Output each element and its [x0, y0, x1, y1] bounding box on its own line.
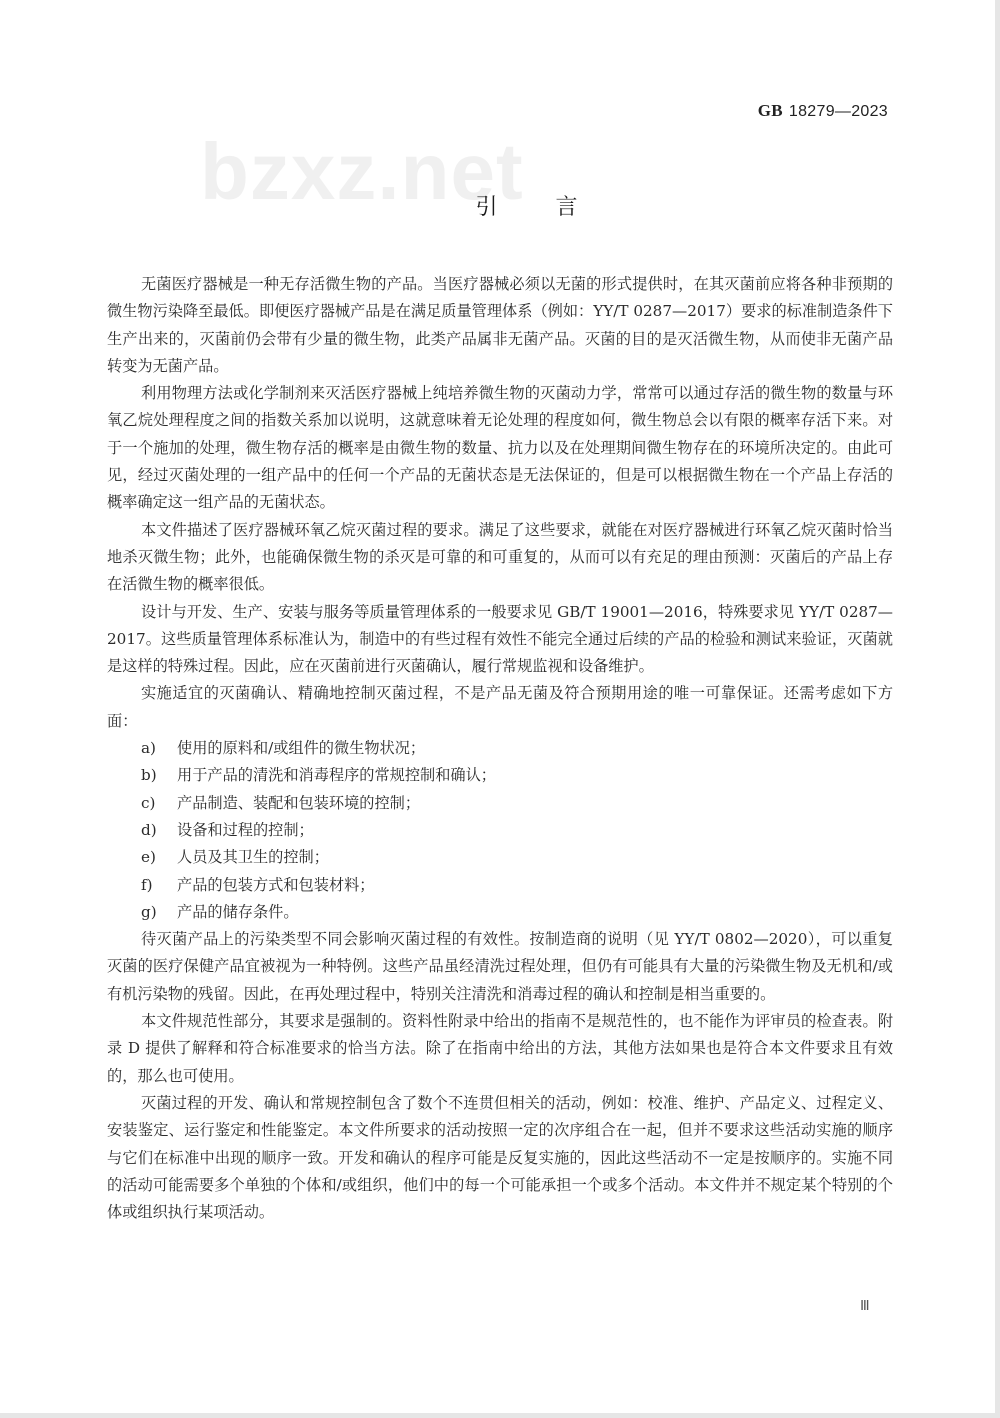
list-item: f)产品的包装方式和包装材料；	[107, 872, 893, 899]
list-marker: e)	[141, 844, 177, 871]
list-item: e)人员及其卫生的控制；	[107, 844, 893, 871]
list-item-text: 设备和过程的控制；	[177, 821, 314, 839]
considerations-list: a)使用的原料和/或组件的微生物状况； b)用于产品的清洗和消毒程序的常规控制和…	[107, 735, 893, 926]
list-marker: d)	[141, 817, 177, 844]
standard-number: 18279—2023	[789, 103, 888, 120]
list-marker: c)	[141, 790, 177, 817]
list-item-text: 产品的储存条件。	[177, 903, 299, 921]
paragraph: 本文件描述了医疗器械环氧乙烷灭菌过程的要求。满足了这些要求，就能在对医疗器械进行…	[107, 517, 893, 599]
paragraph: 灭菌过程的开发、确认和常规控制包含了数个不连贯但相关的活动，例如：校准、维护、产…	[107, 1090, 893, 1226]
paragraph: 无菌医疗器械是一种无存活微生物的产品。当医疗器械必须以无菌的形式提供时，在其灭菌…	[107, 271, 893, 380]
list-item-text: 人员及其卫生的控制；	[177, 848, 329, 866]
document-body: 无菌医疗器械是一种无存活微生物的产品。当医疗器械必须以无菌的形式提供时，在其灭菌…	[107, 271, 893, 1226]
list-item: b)用于产品的清洗和消毒程序的常规控制和确认；	[107, 762, 893, 789]
paragraph: 利用物理方法或化学制剂来灭活医疗器械上纯培养微生物的灭菌动力学，常常可以通过存活…	[107, 380, 893, 516]
list-marker: a)	[141, 735, 177, 762]
document-page: GB18279—2023 bzxz.net 引言 无菌医疗器械是一种无存活微生物…	[0, 0, 995, 1413]
list-item-text: 使用的原料和/或组件的微生物状况；	[177, 739, 425, 757]
list-item-text: 产品制造、装配和包装环境的控制；	[177, 794, 420, 812]
list-item: a)使用的原料和/或组件的微生物状况；	[107, 735, 893, 762]
standard-prefix: GB	[758, 101, 783, 120]
list-item: d)设备和过程的控制；	[107, 817, 893, 844]
standard-code: GB18279—2023	[758, 101, 888, 121]
list-item-text: 用于产品的清洗和消毒程序的常规控制和确认；	[177, 766, 496, 784]
paragraph: 本文件规范性部分，其要求是强制的。资料性附录中给出的指南不是规范性的，也不能作为…	[107, 1008, 893, 1090]
paragraph: 设计与开发、生产、安装与服务等质量管理体系的一般要求见 GB/T 19001—2…	[107, 599, 893, 681]
list-marker: b)	[141, 762, 177, 789]
list-item: c)产品制造、装配和包装环境的控制；	[107, 790, 893, 817]
page-number: Ⅲ	[860, 1298, 870, 1315]
paragraph: 待灭菌产品上的污染类型不同会影响灭菌过程的有效性。按制造商的说明（见 YY/T …	[107, 926, 893, 1008]
page-title: 引言	[0, 190, 1000, 221]
list-marker: g)	[141, 899, 177, 926]
paragraph: 实施适宜的灭菌确认、精确地控制灭菌过程，不是产品无菌及符合预期用途的唯一可靠保证…	[107, 680, 893, 735]
list-marker: f)	[141, 872, 177, 899]
list-item-text: 产品的包装方式和包装材料；	[177, 876, 374, 894]
list-item: g)产品的储存条件。	[107, 899, 893, 926]
